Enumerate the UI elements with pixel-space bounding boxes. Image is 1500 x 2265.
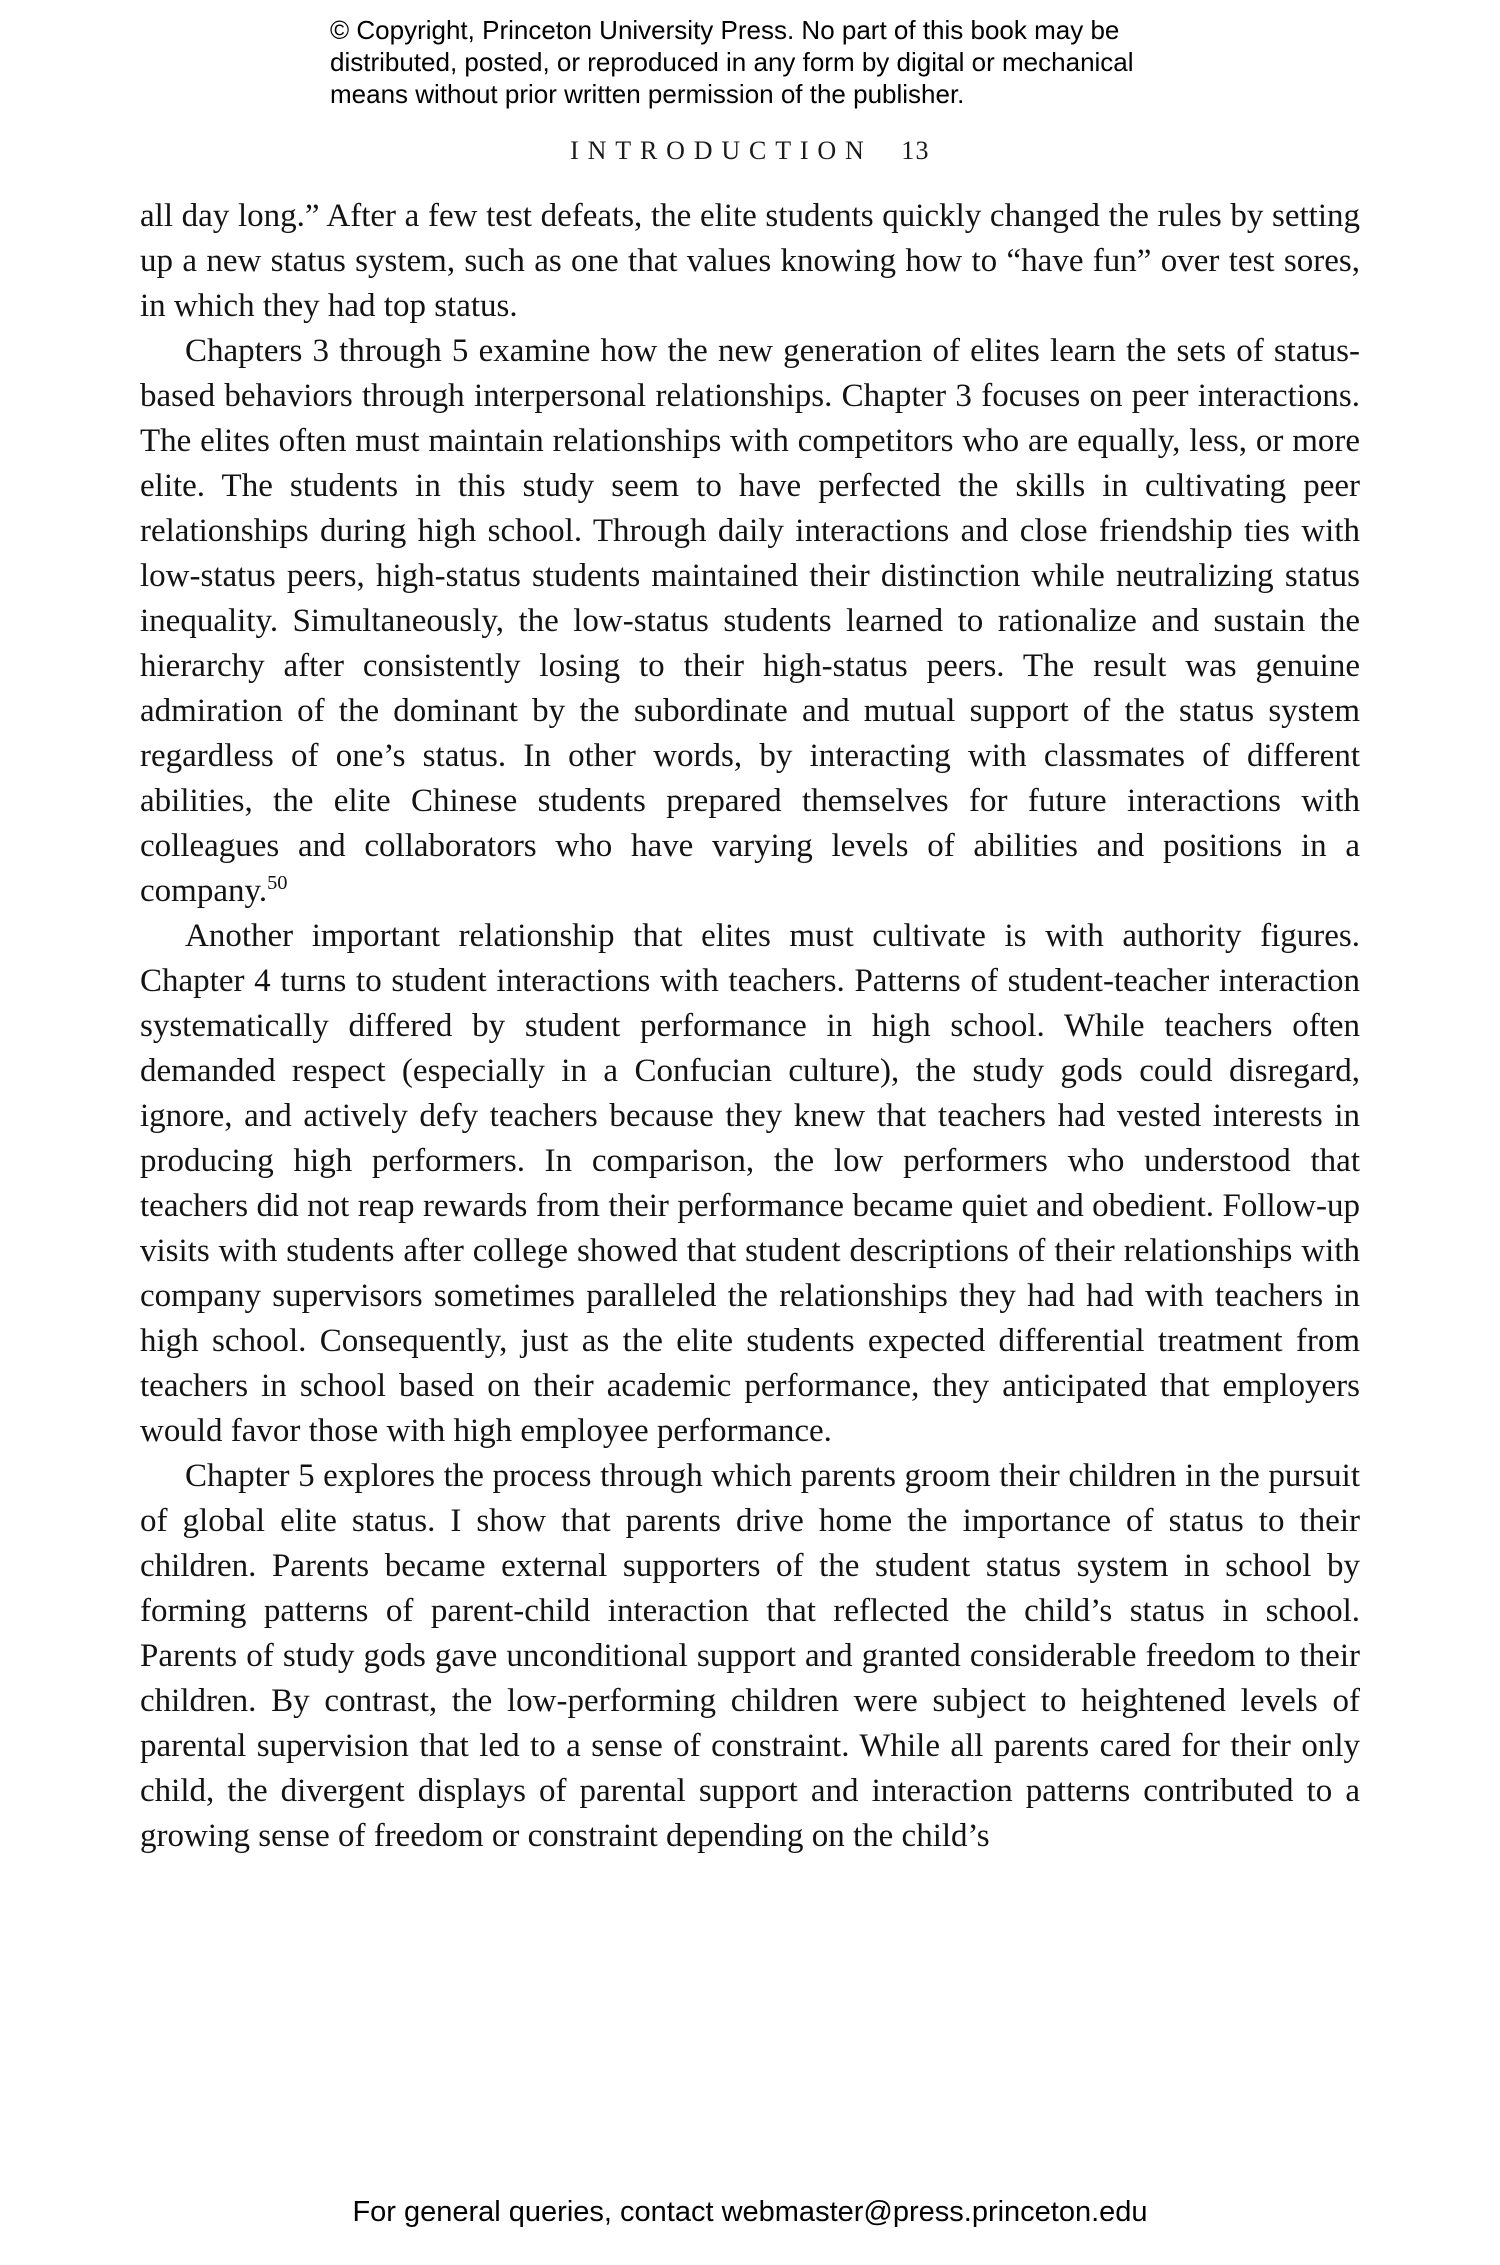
running-header: INTRODUCTION13 [140,136,1360,166]
page-number: 13 [901,136,930,165]
copyright-line-1: © Copyright, Princeton University Press.… [330,14,1134,46]
paragraph-2: Chapters 3 through 5 examine how the new… [140,329,1360,914]
copyright-line-3: means without prior written permission o… [330,78,1134,110]
page-body: all day long.” After a few test defeats,… [140,194,1360,1859]
paragraph-1: all day long.” After a few test defeats,… [140,194,1360,329]
paragraph-4: Chapter 5 explores the process through w… [140,1454,1360,1859]
copyright-line-2: distributed, posted, or reproduced in an… [330,46,1134,78]
page-footer: For general queries, contact webmaster@p… [0,2196,1500,2229]
copyright-notice: © Copyright, Princeton University Press.… [330,14,1134,110]
chapter-title: INTRODUCTION [570,136,873,165]
paragraph-2-text: Chapters 3 through 5 examine how the new… [140,333,1360,909]
footnote-marker: 50 [267,872,287,894]
paragraph-3: Another important relationship that elit… [140,914,1360,1454]
